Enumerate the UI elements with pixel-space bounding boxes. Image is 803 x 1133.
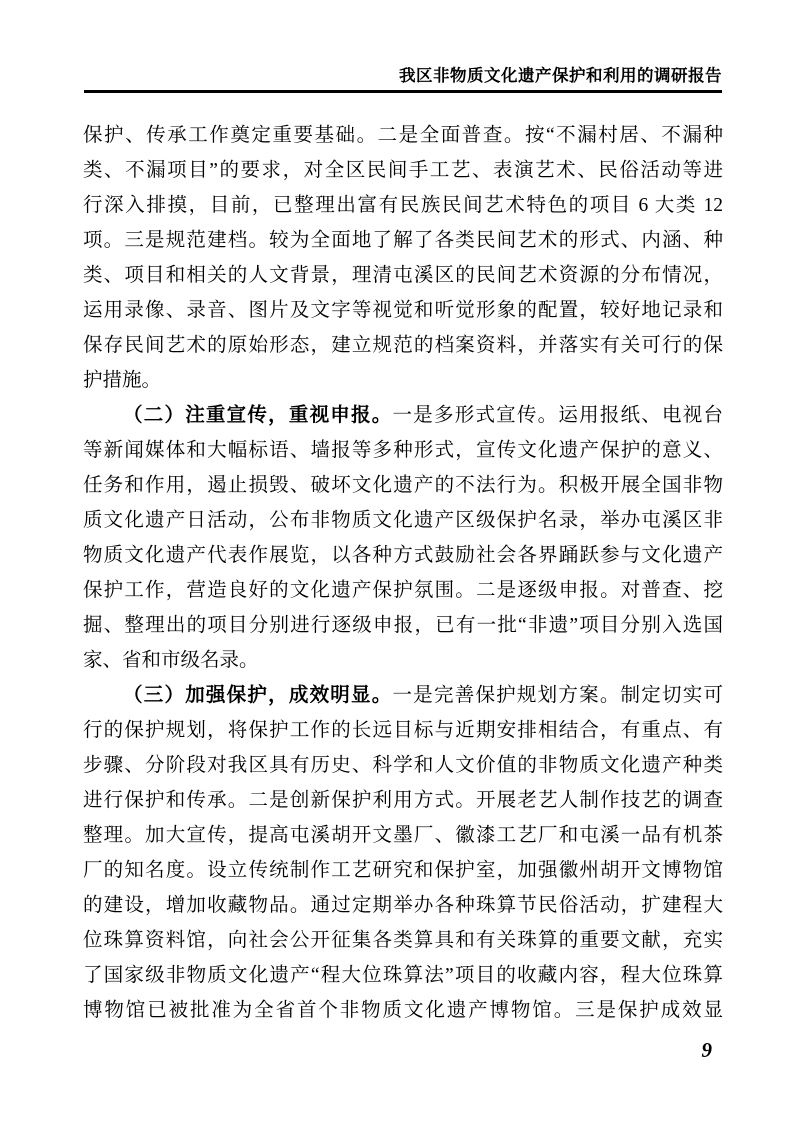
text-line: 进行保护和传承。二是创新保护利用方式。开展老艺人制作技艺的调查 bbox=[83, 783, 723, 818]
line-text: 厂的知名度。设立传统制作工艺研究和保护室，加强徽州胡开文博物馆 bbox=[83, 860, 723, 881]
line-text: 物质文化遗产代表作展览，以各种方式鼓励社会各界踊跃参与文化遗产 bbox=[83, 545, 723, 566]
line-text: 质文化遗产日活动，公布非物质文化遗产区级保护名录，举办屯溪区非 bbox=[83, 510, 723, 531]
line-text: 一是多形式宣传。运用报纸、电视台 bbox=[393, 405, 723, 426]
text-line: 类、不漏项目”的要求，对全区民间手工艺、表演艺术、民俗活动等进 bbox=[83, 153, 723, 188]
section-heading: （三）加强保护，成效明显。 bbox=[123, 685, 393, 706]
paragraph: （三）加强保护，成效明显。一是完善保护规划方案。制定切实可行的保护规划，将保护工… bbox=[83, 678, 723, 1028]
text-line: 行的保护规划，将保护工作的长远目标与近期安排相结合，有重点、有 bbox=[83, 713, 723, 748]
paragraph: （二）注重宣传，重视申报。一是多形式宣传。运用报纸、电视台等新闻媒体和大幅标语、… bbox=[83, 398, 723, 678]
text-line: 了国家级非物质文化遗产“程大位珠算法”项目的收藏内容，程大位珠算 bbox=[83, 958, 723, 993]
line-text: 了国家级非物质文化遗产“程大位珠算法”项目的收藏内容，程大位珠算 bbox=[83, 965, 723, 986]
text-line: 的建设，增加收藏物品。通过定期举办各种珠算节民俗活动，扩建程大 bbox=[83, 888, 723, 923]
text-line: 项。三是规范建档。较为全面地了解了各类民间艺术的形式、内涵、种 bbox=[83, 223, 723, 258]
text-line: 质文化遗产日活动，公布非物质文化遗产区级保护名录，举办屯溪区非 bbox=[83, 503, 723, 538]
text-line: 家、省和市级名录。 bbox=[83, 643, 723, 678]
line-text: 项。三是规范建档。较为全面地了解了各类民间艺术的形式、内涵、种 bbox=[83, 230, 723, 251]
line-text: 博物馆已被批准为全省首个非物质文化遗产博物馆。三是保护成效显 bbox=[83, 1000, 723, 1021]
text-line: 掘、整理出的项目分别进行逐级申报，已有一批“非遗”项目分别入选国 bbox=[83, 608, 723, 643]
line-text: 整理。加大宣传，提高屯溪胡开文墨厂、徽漆工艺厂和屯溪一品有机茶 bbox=[83, 825, 723, 846]
text-line: 整理。加大宣传，提高屯溪胡开文墨厂、徽漆工艺厂和屯溪一品有机茶 bbox=[83, 818, 723, 853]
text-line: 保护工作，营造良好的文化遗产保护氛围。二是逐级申报。对普查、挖 bbox=[83, 573, 723, 608]
line-text: 步骤、分阶段对我区具有历史、科学和人文价值的非物质文化遗产种类 bbox=[83, 755, 723, 776]
header-title: 我区非物质文化遗产保护和利用的调研报告 bbox=[84, 64, 722, 88]
text-line: 博物馆已被批准为全省首个非物质文化遗产博物馆。三是保护成效显 bbox=[83, 993, 723, 1028]
document-body: 保护、传承工作奠定重要基础。二是全面普查。按“不漏村居、不漏种类、不漏项目”的要… bbox=[83, 118, 723, 1028]
header-rule bbox=[84, 90, 722, 93]
line-text: 保存民间艺术的原始形态，建立规范的档案资料，并落实有关可行的保 bbox=[83, 335, 723, 356]
line-text: 类、项目和相关的人文背景，理清屯溪区的民间艺术资源的分布情况， bbox=[83, 265, 723, 286]
text-line: 任务和作用，遏止损毁、破坏文化遗产的不法行为。积极开展全国非物 bbox=[83, 468, 723, 503]
text-line: 类、项目和相关的人文背景，理清屯溪区的民间艺术资源的分布情况， bbox=[83, 258, 723, 293]
text-line: 行深入排摸，目前，已整理出富有民族民间艺术特色的项目 6 大类 12 bbox=[83, 188, 723, 223]
line-text: 类、不漏项目”的要求，对全区民间手工艺、表演艺术、民俗活动等进 bbox=[83, 160, 723, 181]
text-line: 位珠算资料馆，向社会公开征集各类算具和有关珠算的重要文献，充实 bbox=[83, 923, 723, 958]
line-text: 任务和作用，遏止损毁、破坏文化遗产的不法行为。积极开展全国非物 bbox=[83, 475, 723, 496]
text-line: 保护、传承工作奠定重要基础。二是全面普查。按“不漏村居、不漏种 bbox=[83, 118, 723, 153]
text-line: 护措施。 bbox=[83, 363, 723, 398]
text-line: 保存民间艺术的原始形态，建立规范的档案资料，并落实有关可行的保 bbox=[83, 328, 723, 363]
line-text: 家、省和市级名录。 bbox=[83, 650, 259, 671]
text-line: 物质文化遗产代表作展览，以各种方式鼓励社会各界踊跃参与文化遗产 bbox=[83, 538, 723, 573]
text-line: （三）加强保护，成效明显。一是完善保护规划方案。制定切实可 bbox=[83, 678, 723, 713]
page-number: 9 bbox=[84, 1038, 712, 1062]
document-page: 我区非物质文化遗产保护和利用的调研报告 保护、传承工作奠定重要基础。二是全面普查… bbox=[0, 0, 803, 1133]
line-text: 护措施。 bbox=[83, 370, 161, 391]
line-text: 的建设，增加收藏物品。通过定期举办各种珠算节民俗活动，扩建程大 bbox=[83, 895, 723, 916]
text-line: 步骤、分阶段对我区具有历史、科学和人文价值的非物质文化遗产种类 bbox=[83, 748, 723, 783]
line-text: 掘、整理出的项目分别进行逐级申报，已有一批“非遗”项目分别入选国 bbox=[83, 615, 723, 636]
line-text: 等新闻媒体和大幅标语、墙报等多种形式，宣传文化遗产保护的意义、 bbox=[83, 440, 723, 461]
paragraph: 保护、传承工作奠定重要基础。二是全面普查。按“不漏村居、不漏种类、不漏项目”的要… bbox=[83, 118, 723, 398]
line-text: 保护、传承工作奠定重要基础。二是全面普查。按“不漏村居、不漏种 bbox=[83, 125, 723, 146]
line-text: 行的保护规划，将保护工作的长远目标与近期安排相结合，有重点、有 bbox=[83, 720, 723, 741]
line-text: 位珠算资料馆，向社会公开征集各类算具和有关珠算的重要文献，充实 bbox=[83, 930, 723, 951]
line-text: 一是完善保护规划方案。制定切实可 bbox=[393, 685, 723, 706]
section-heading: （二）注重宣传，重视申报。 bbox=[123, 405, 393, 426]
line-text: 进行保护和传承。二是创新保护利用方式。开展老艺人制作技艺的调查 bbox=[83, 790, 723, 811]
text-line: 等新闻媒体和大幅标语、墙报等多种形式，宣传文化遗产保护的意义、 bbox=[83, 433, 723, 468]
line-text: 行深入排摸，目前，已整理出富有民族民间艺术特色的项目 6 大类 12 bbox=[83, 195, 723, 216]
text-line: （二）注重宣传，重视申报。一是多形式宣传。运用报纸、电视台 bbox=[83, 398, 723, 433]
text-line: 厂的知名度。设立传统制作工艺研究和保护室，加强徽州胡开文博物馆 bbox=[83, 853, 723, 888]
line-text: 运用录像、录音、图片及文字等视觉和听觉形象的配置，较好地记录和 bbox=[83, 300, 723, 321]
text-line: 运用录像、录音、图片及文字等视觉和听觉形象的配置，较好地记录和 bbox=[83, 293, 723, 328]
line-text: 保护工作，营造良好的文化遗产保护氛围。二是逐级申报。对普查、挖 bbox=[83, 580, 723, 601]
